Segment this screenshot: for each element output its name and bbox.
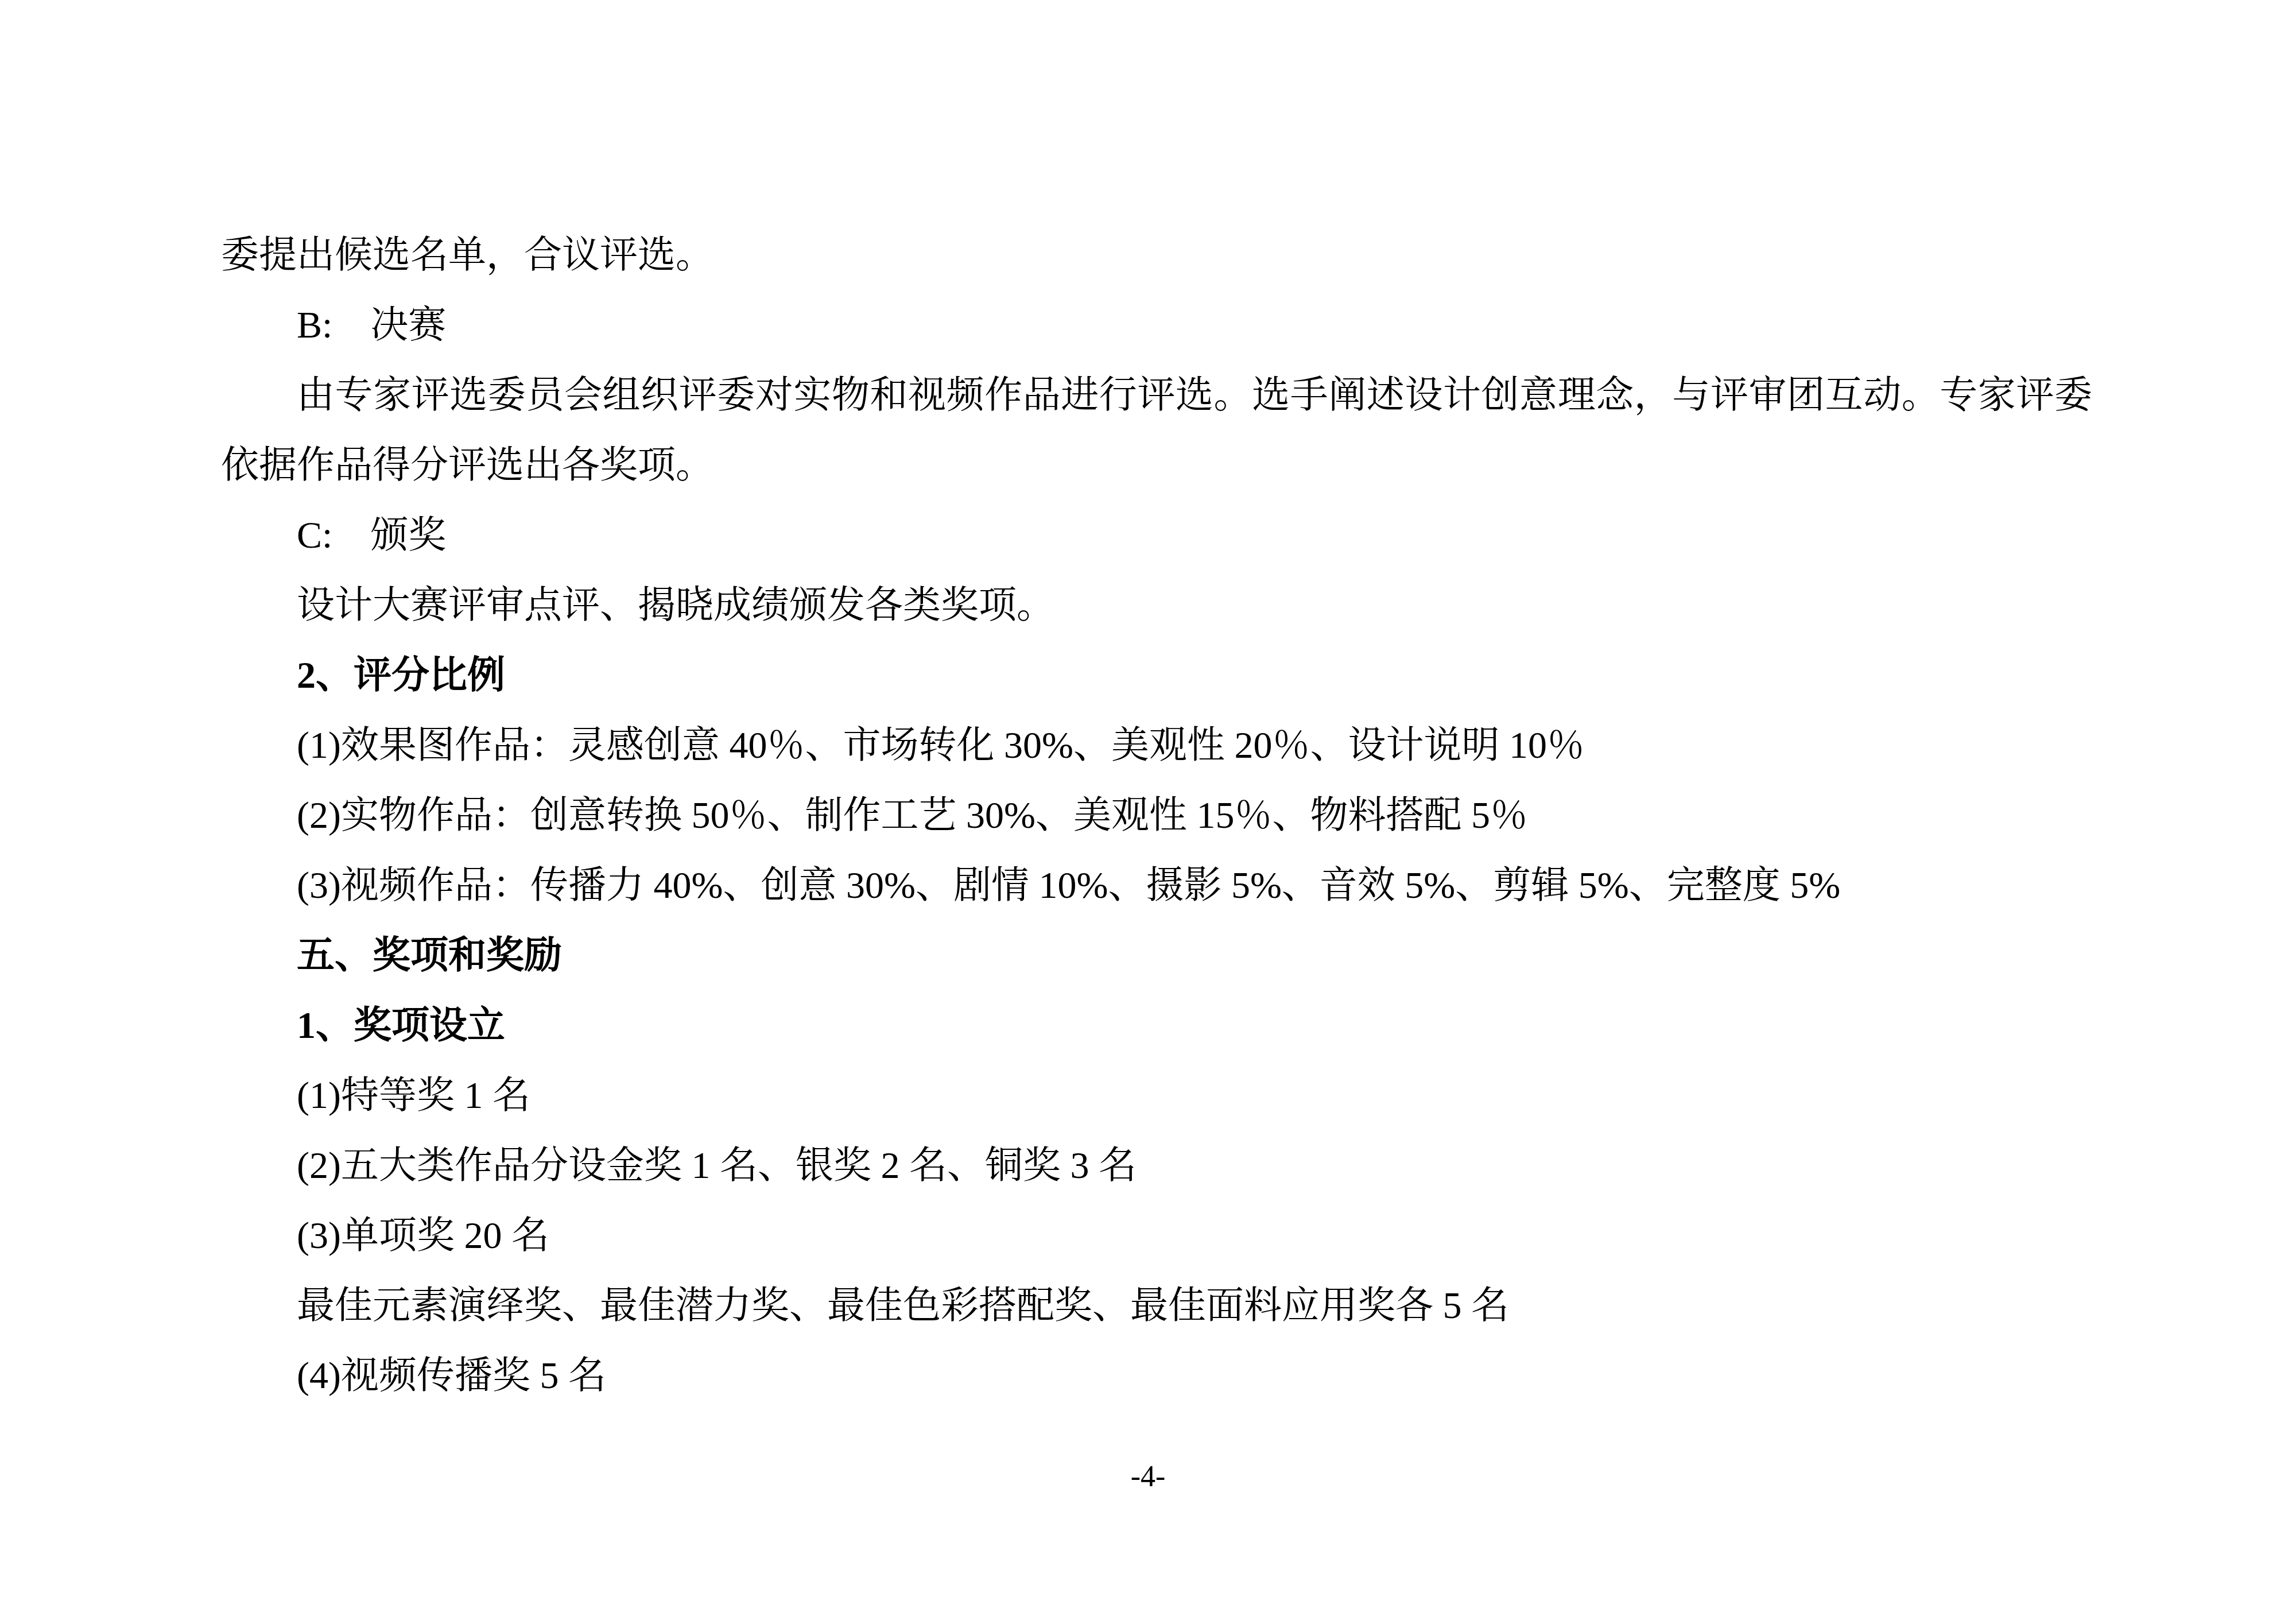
line-award-ceremony-desc: 设计大赛评审点评、揭晓成绩颁发各类奖项。 (221, 571, 2092, 641)
para-candidate-list-continuation: 委提出候选名单，合议评选。 (221, 220, 2092, 290)
heading-scoring-ratio: 2、评分比例 (221, 641, 2092, 711)
heading-awards-and-prizes: 五、奖项和奖励 (221, 921, 2092, 991)
document-body: 委提出候选名单，合议评选。 B: 决赛 由专家评选委员会组织评委对实物和视频作品… (221, 220, 2092, 1411)
line-score-rendering-works: (1)效果图作品：灵感创意 40％、市场转化 30%、美观性 20％、设计说明 … (221, 711, 2092, 781)
line-award-video-spread: (4)视频传播奖 5 名 (221, 1341, 2092, 1411)
line-score-physical-works: (2)实物作品：创意转换 50％、制作工艺 30%、美观性 15％、物料搭配 5… (221, 781, 2092, 851)
line-award-grand-prize: (1)特等奖 1 名 (221, 1061, 2092, 1131)
line-score-video-works: (3)视频作品：传播力 40%、创意 30%、剧情 10%、摄影 5%、音效 5… (221, 851, 2092, 921)
document-page: 委提出候选名单，合议评选。 B: 决赛 由专家评选委员会组织评委对实物和视频作品… (0, 0, 2296, 1624)
para-final-judging-process: 由专家评选委员会组织评委对实物和视频作品进行评选。选手阐述设计创意理念，与评审团… (221, 361, 2092, 501)
page-number: -4- (0, 1457, 2296, 1497)
line-award-individual-categories: 最佳元素演绎奖、最佳潜力奖、最佳色彩搭配奖、最佳面料应用奖各 5 名 (221, 1271, 2092, 1341)
line-award-individual-count: (3)单项奖 20 名 (221, 1201, 2092, 1271)
line-award-gold-silver-bronze: (2)五大类作品分设金奖 1 名、银奖 2 名、铜奖 3 名 (221, 1131, 2092, 1201)
heading-award-setup: 1、奖项设立 (221, 991, 2092, 1061)
line-stage-b-final: B: 决赛 (221, 290, 2092, 361)
line-stage-c-awarding: C: 颁奖 (221, 501, 2092, 571)
